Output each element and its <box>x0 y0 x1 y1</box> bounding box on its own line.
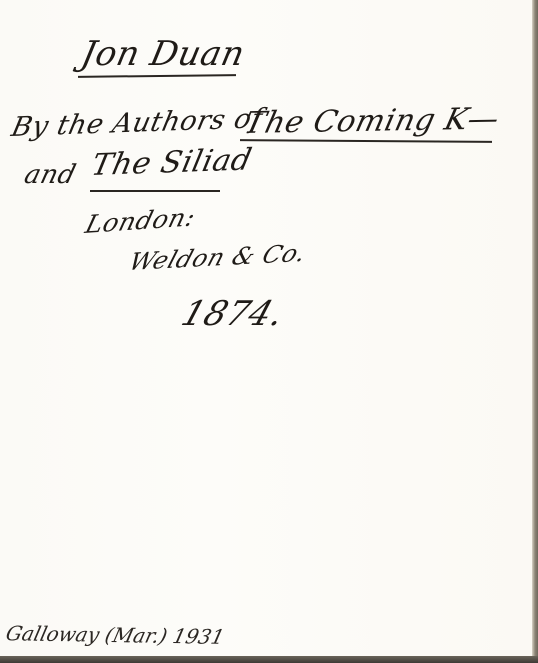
related-work-2-underline <box>90 190 220 192</box>
page-right-edge <box>532 0 538 663</box>
imprint-place: London: <box>82 203 198 239</box>
related-work-1-underline <box>240 139 492 142</box>
imprint-year: 1874. <box>177 294 290 334</box>
pencil-annotation: Galloway (Mar.) 1931 <box>4 621 227 649</box>
title-underline <box>78 74 236 77</box>
related-work-2: The Siliad <box>88 142 255 182</box>
book-title: Jon Duan <box>78 34 249 74</box>
imprint-publisher: Weldon & Co. <box>126 239 310 276</box>
byline: By the Authors of <box>9 103 266 143</box>
title-page: Jon Duan By the Authors of The Coming K—… <box>0 0 532 656</box>
page-bottom-edge <box>0 656 538 663</box>
conjunction-and: and <box>21 160 79 190</box>
related-work-1: The Coming K— <box>241 102 503 141</box>
